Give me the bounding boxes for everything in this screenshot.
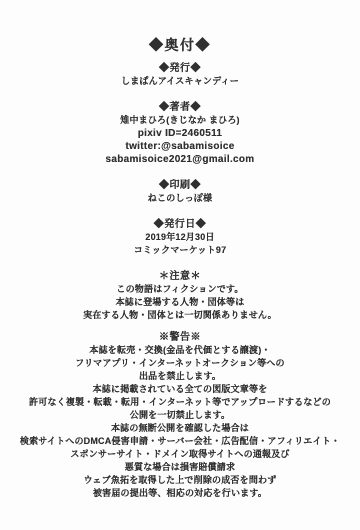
warning-line-6: 公開を一切禁止します。 [20,409,340,422]
warning-line-2: フリマアプリ・インターネットオークション等への [20,357,340,370]
notice-line-3: 実在する人物・団体とは一切関係ありません。 [83,309,277,322]
publication-date: 2019年12月30日 [134,231,227,244]
section-printer: ◆印刷◆ ねこのしっぽ様 [148,179,212,205]
section-notice: ＊注意＊ この物語はフィクションです。 本誌に登場する人物・団体等は 実在する人… [83,270,277,322]
section-heading-notice: ＊注意＊ [83,270,277,283]
warning-line-11: ウェブ魚拓を取得した上で削除の成否を問わず [20,474,340,487]
colophon-page: ◆奥付◆ ◆発行◆ しまぱんアイスキャンディー ◆著者◆ 雉中まひろ(きじなか … [0,0,360,530]
notice-line-2: 本誌に登場する人物・団体等は [83,296,277,309]
printer-name: ねこのしっぽ様 [148,192,212,205]
event-name: コミックマーケット97 [134,244,227,257]
warning-line-3: 出品を禁止します。 [20,370,340,383]
publisher-name: しまぱんアイスキャンディー [121,75,239,88]
pixiv-id: pixiv ID=2460511 [106,127,255,140]
section-heading-printer: ◆印刷◆ [148,179,212,192]
email-address: sabamisoice2021@gmail.com [106,153,255,166]
warning-line-10: 悪質な場合は損害賠償請求 [20,461,340,474]
twitter-handle: twitter:@sabamisoice [106,140,255,153]
warning-line-8: 検索サイトへのDMCA侵害申請・サーバー会社・広告配信・アフィリエイト・ [20,435,340,448]
warning-line-7: 本誌の無断公開を確認した場合は [20,422,340,435]
warning-line-5: 許可なく複製・転載・転用・インターネット等でアップロードするなどの [20,396,340,409]
warning-line-4: 本誌に掲載されている全ての図版文章等を [20,383,340,396]
section-heading-publisher: ◆発行◆ [121,62,239,75]
section-heading-publication-date: ◆発行日◆ [134,218,227,231]
section-publisher: ◆発行◆ しまぱんアイスキャンディー [121,62,239,88]
warning-line-1: 本誌を転売・交換(金品を代価とする譲渡)・ [20,344,340,357]
section-heading-author: ◆著者◆ [106,101,255,114]
section-heading-warning: ※警告※ [20,331,340,344]
section-author: ◆著者◆ 雉中まひろ(きじなか まひろ) pixiv ID=2460511 tw… [106,101,255,166]
warning-line-9: スポンサーサイト・ドメイン取得サイトへの通報及び [20,448,340,461]
section-publication-date: ◆発行日◆ 2019年12月30日 コミックマーケット97 [134,218,227,257]
notice-line-1: この物語はフィクションです。 [83,283,277,296]
page-title: ◆奥付◆ [149,37,211,53]
section-warning: ※警告※ 本誌を転売・交換(金品を代価とする譲渡)・ フリマアプリ・インターネッ… [20,331,340,500]
author-name: 雉中まひろ(きじなか まひろ) [106,114,255,127]
warning-line-12: 被害届の提出等、相応の対応を行います。 [20,487,340,500]
